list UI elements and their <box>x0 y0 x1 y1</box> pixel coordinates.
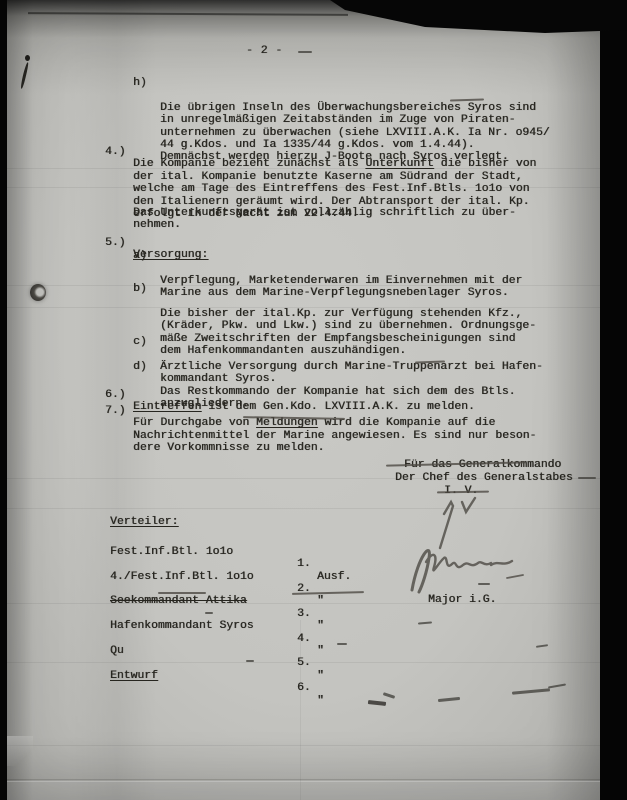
entwurf-underline-extension <box>158 592 206 594</box>
paragraph-5-label: 5.) <box>105 237 126 249</box>
distribution-list: Fest.Inf.Btl. 1o1o 1. Ausf. 4./Fest.Inf.… <box>110 521 410 682</box>
recipient: Fest.Inf.Btl. 1o1o <box>110 546 233 558</box>
item-b-label: b) <box>133 283 147 295</box>
paragraph-7-pre: Für Durchgabe von <box>133 417 256 429</box>
item-d-label: d) <box>133 361 147 373</box>
copy-label: " <box>317 670 324 682</box>
copy-number: 6. <box>297 682 311 694</box>
distribution-row: Qu 5. " <box>110 633 410 645</box>
paragraph-7-label: 7.) <box>105 405 126 417</box>
pencil-smudge <box>478 583 490 585</box>
page-number: - 2 - <box>246 45 283 57</box>
recipient-underlined: Entwurf <box>110 670 158 682</box>
distribution-row: Entwurf 6. " <box>110 657 410 669</box>
punch-hole <box>30 284 46 301</box>
pencil-smudge <box>246 660 254 662</box>
signature-line-2: Der Chef des Generalstabes <box>395 472 573 484</box>
copy-label: Ausf. <box>317 571 351 583</box>
distribution-row: Fest.Inf.Btl. 1o1o 1. Ausf. <box>110 533 410 545</box>
signature-rank: Major i.G. <box>428 594 496 606</box>
pencil-edge-dot <box>25 55 30 61</box>
copy-label: " <box>317 695 324 707</box>
recipient: 4./Fest.Inf.Btl. 1o1o <box>110 571 254 583</box>
paragraph-4-keyword: Unterkunft <box>365 158 433 170</box>
recipient: Qu <box>110 645 124 657</box>
distribution-row: Seekommandant Attika 3. " <box>110 583 410 595</box>
pencil-smudge <box>298 51 312 53</box>
recipient-struck: Seekommandant Attika <box>110 595 247 607</box>
paragraph-4-pre: Die Kompanie bezieht zunächst als <box>133 158 365 170</box>
item-c-label: c) <box>133 336 147 348</box>
paragraph-4-sub: Das Unterkunftsgerät ist vollzählig schr… <box>133 207 573 232</box>
handwritten-signature <box>392 494 542 606</box>
copy-label: " <box>317 620 324 632</box>
paragraph-7-keyword: Meldungen <box>256 417 318 429</box>
scanned-document-page: - 2 - h) Die übrigen Inseln des Überwach… <box>0 0 627 800</box>
copy-label: " <box>317 645 324 657</box>
pencil-smudge <box>205 612 213 614</box>
bottom-scan-band <box>7 782 600 800</box>
distribution-row: Hafenkommandant Syros 4. " <box>110 608 410 620</box>
recipient: Hafenkommandant Syros <box>110 620 254 632</box>
pencil-smudge <box>337 643 347 645</box>
pencil-smudge <box>578 477 596 479</box>
fold-line <box>7 779 600 780</box>
paragraph-h-label: h) <box>133 77 147 89</box>
paragraph-4-label: 4.) <box>105 146 126 158</box>
distribution-row: 4./Fest.Inf.Btl. 1o1o 2. " <box>110 558 410 570</box>
corner-fold <box>7 736 33 766</box>
crease-line <box>7 745 600 746</box>
item-a-label: a) <box>133 250 147 262</box>
copy-label: " <box>317 595 324 607</box>
paragraph-7: 7.)Für Durchgabe von Meldungen wird die … <box>133 405 573 455</box>
paragraph-6-label: 6.) <box>105 389 126 401</box>
